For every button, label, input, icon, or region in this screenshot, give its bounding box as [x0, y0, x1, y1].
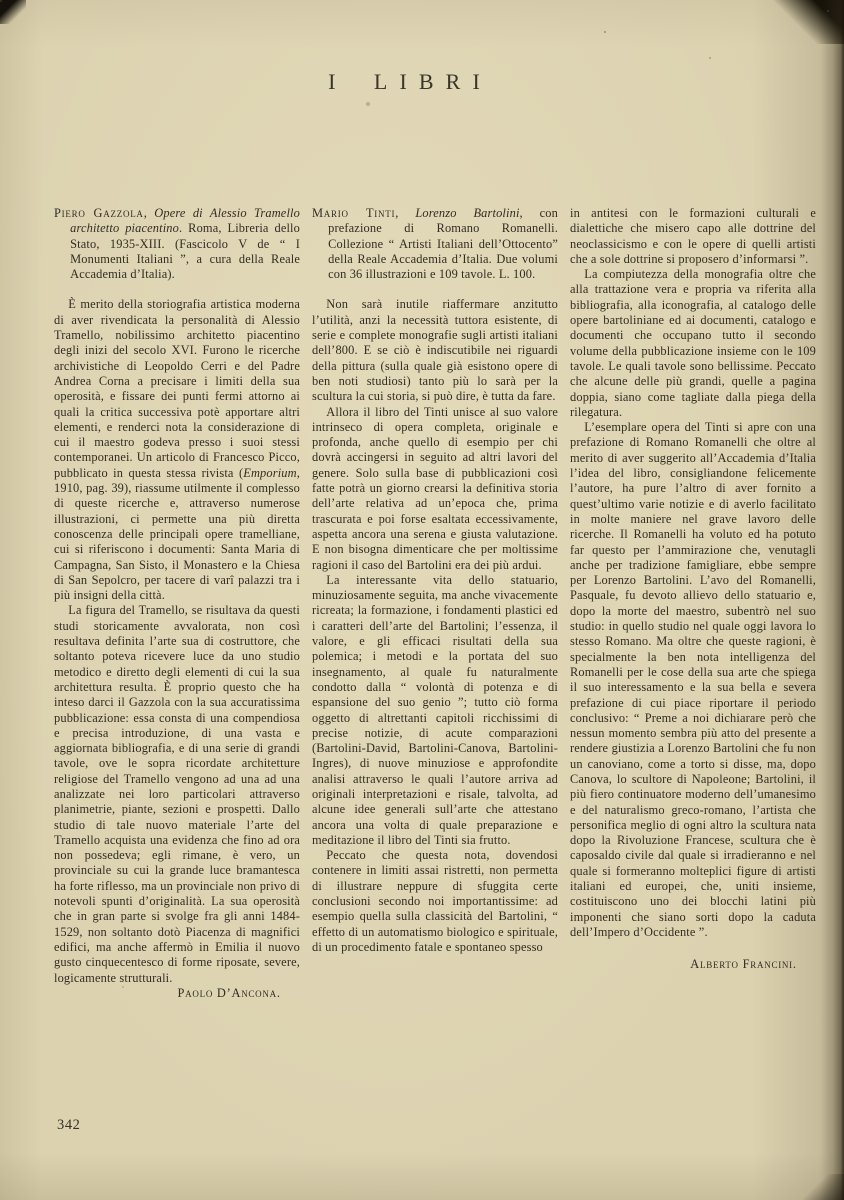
small-caps-name: Paolo D’Ancona — [177, 986, 276, 1000]
scan-artifact-corner-top-left — [0, 0, 26, 24]
page-number: 342 — [57, 1117, 81, 1134]
text-columns: Piero Gazzola, Opere di Alessio Tramello… — [54, 206, 816, 1001]
book-reference: Piero Gazzola, Opere di Alessio Tramello… — [54, 206, 300, 282]
paragraph: È merito della storiografia artistica mo… — [54, 297, 300, 603]
scanned-book-page: I LIBRI Piero Gazzola, Opere di Alessio … — [0, 0, 844, 1200]
paragraph: Allora il libro del Tinti unisce al suo … — [312, 405, 558, 573]
scan-artifact-specks — [0, 0, 2, 2]
reviewer-signature: Alberto Francini. — [570, 957, 816, 972]
paragraph: Peccato che questa nota, dovendosi conte… — [312, 848, 558, 955]
paragraph: L’esemplare opera del Tinti si apre con … — [570, 420, 816, 940]
small-caps-name: Piero Gazzola — [54, 206, 144, 220]
column-3: in antitesi con le formazioni culturali … — [570, 206, 816, 1001]
paragraph: La interessante vita dello statuario, mi… — [312, 573, 558, 848]
book-reference: Mario Tinti, Lorenzo Bartolini, con pref… — [312, 206, 558, 282]
small-caps-name: Alberto Francini — [690, 957, 793, 971]
small-caps-name: Mario Tinti — [312, 206, 395, 220]
paragraph: La compiutezza della monografia oltre ch… — [570, 267, 816, 420]
section-title: I LIBRI — [0, 71, 820, 93]
paragraph: in antitesi con le formazioni culturali … — [570, 206, 816, 267]
paragraph: La figura del Tramello, se risultava da … — [54, 603, 300, 985]
paragraph: Non sarà inutile riaffermare anzitutto l… — [312, 297, 558, 404]
reviewer-signature: Paolo D’Ancona. — [54, 986, 300, 1001]
scan-artifact-page-edge — [822, 0, 844, 1200]
column-1: Piero Gazzola, Opere di Alessio Tramello… — [54, 206, 300, 1001]
column-2: Mario Tinti, Lorenzo Bartolini, con pref… — [312, 206, 558, 1001]
